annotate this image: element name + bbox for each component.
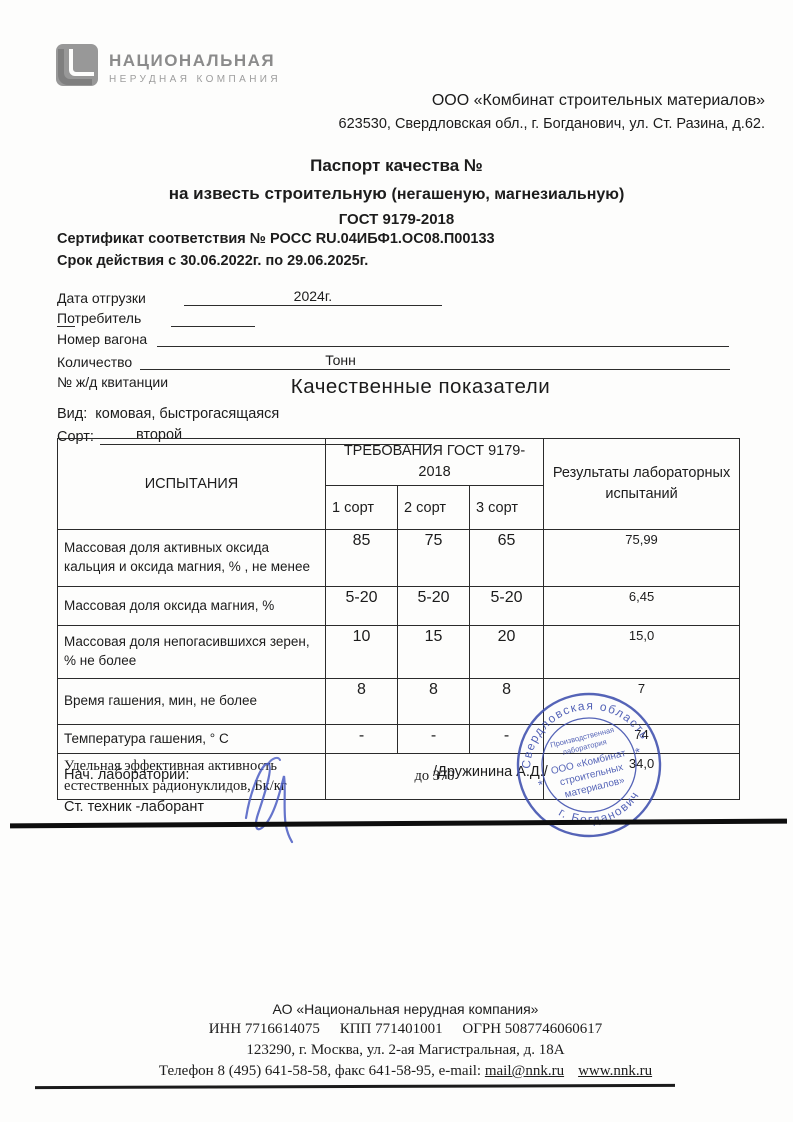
- grade2-value: 75: [398, 530, 470, 587]
- wagon-blank-line: [157, 346, 729, 347]
- lab-result-value: 75,99: [544, 530, 740, 587]
- test-name: Массовая доля активных оксида кальция и …: [58, 530, 326, 587]
- issuer-company-name: ООО «Комбинат строительных материалов»: [339, 92, 766, 110]
- grade3-value: 20: [470, 626, 544, 679]
- type-value: комовая, быстрогасящаяся: [95, 406, 279, 422]
- lab-result-value: 15,0: [544, 626, 740, 679]
- scanned-quality-passport-page: НАЦИОНАЛЬНАЯ НЕРУДНАЯ КОМПАНИЯ ООО «Комб…: [0, 0, 793, 1122]
- test-name: Время гашения, мин, не более: [58, 679, 326, 725]
- grade1-value: -: [326, 725, 398, 754]
- certificate-validity: Срок действия с 30.06.2022г. по 29.06.20…: [57, 253, 368, 269]
- footer-kpp: КПП 771401001: [340, 1021, 443, 1037]
- footer-company: АО «Национальная нерудная компания»: [0, 1001, 793, 1017]
- ship-date-label: Дата отгрузки: [57, 290, 146, 306]
- company-logo: НАЦИОНАЛЬНАЯ НЕРУДНАЯ КОМПАНИЯ: [55, 42, 281, 93]
- ship-date-value-line: 2024г.: [184, 288, 442, 306]
- grade3-value: 5-20: [470, 587, 544, 626]
- product-title-bold: на известь строительную: [169, 184, 387, 203]
- grade1-value: 85: [326, 530, 398, 587]
- test-name: Массовая доля непогасившихся зерен, % не…: [58, 626, 326, 679]
- quantity-row: КоличествоТонн: [57, 352, 730, 370]
- product-title-note: (негашеную, магнезиальную): [391, 186, 624, 203]
- grade3-value: 65: [470, 530, 544, 587]
- footer-contacts: Телефон 8 (495) 641-58-58, факс 641-58-9…: [0, 1063, 793, 1080]
- test-name: Температура гашения, ° С: [58, 725, 326, 754]
- footer-inn: ИНН 7716614075: [209, 1021, 320, 1037]
- grade1-value: 10: [326, 626, 398, 679]
- gost-requirements-header: ТРЕБОВАНИЯ ГОСТ 9179-2018: [326, 439, 544, 486]
- document-title-block: Паспорт качества № на известь строительн…: [0, 156, 793, 228]
- head-of-lab-label: Нач. лаборатории:: [64, 767, 189, 783]
- grade2-value: 15: [398, 626, 470, 679]
- footer-site-link: www.nnk.ru: [578, 1063, 652, 1079]
- footer-underline: [35, 1084, 675, 1089]
- table-row: Массовая доля непогасившихся зерен, % не…: [58, 626, 740, 679]
- grade1-header: 1 сорт: [326, 486, 398, 530]
- grade2-value: 8: [398, 679, 470, 725]
- ship-date-row: Дата отгрузки2024г.: [57, 288, 442, 306]
- footer-email-link: mail@nnk.ru: [485, 1063, 564, 1079]
- nnk-logo-icon: [55, 42, 99, 93]
- type-label: Вид:: [57, 406, 87, 422]
- footer-phone: Телефон 8 (495) 641-58-58, факс 641-58-9…: [159, 1063, 481, 1079]
- quantity-label: Количество: [57, 354, 132, 370]
- table-row: Массовая доля активных оксида кальция и …: [58, 530, 740, 587]
- grade2-value: 5-20: [398, 587, 470, 626]
- grade2-value: -: [398, 725, 470, 754]
- footer-address: 123290, г. Москва, ул. 2-ая Магистральна…: [0, 1042, 793, 1059]
- table-row: Массовая доля оксида магния, % 5-20 5-20…: [58, 587, 740, 626]
- consumer-label: Потребитель: [57, 310, 141, 327]
- technician-label: Ст. техник -лаборант: [64, 799, 204, 815]
- certificate-number: Сертификат соответствия № РОСС RU.04ИБФ1…: [57, 231, 495, 247]
- type-row: Вид:комовая, быстрогасящаяся: [57, 406, 279, 422]
- grade2-header: 2 сорт: [398, 486, 470, 530]
- lab-results-column-header: Результаты лабораторных испытаний: [544, 439, 740, 530]
- footer-ogrn: ОГРН 5087746060617: [462, 1021, 602, 1037]
- footer-block: АО «Национальная нерудная компания» ИНН …: [0, 1001, 793, 1080]
- passport-title: Паспорт качества №: [0, 156, 793, 176]
- tests-column-header: ИСПЫТАНИЯ: [58, 439, 326, 530]
- grade1-value: 8: [326, 679, 398, 725]
- logo-text: НАЦИОНАЛЬНАЯ НЕРУДНАЯ КОМПАНИЯ: [109, 51, 281, 85]
- issuer-address: 623530, Свердловская обл., г. Богданович…: [339, 116, 766, 132]
- logo-line-1: НАЦИОНАЛЬНАЯ: [109, 51, 281, 71]
- grade3-header: 3 сорт: [470, 486, 544, 530]
- quantity-value-line: Тонн: [140, 352, 730, 370]
- handwritten-signature: [228, 752, 323, 844]
- consumer-blank-line: [171, 326, 255, 327]
- lab-result-value: 6,45: [544, 587, 740, 626]
- issuer-header: ООО «Комбинат строительных материалов» 6…: [339, 92, 766, 132]
- grade1-value: 5-20: [326, 587, 398, 626]
- wagon-row: Номер вагона: [57, 331, 729, 347]
- gost-reference: ГОСТ 9179-2018: [0, 211, 793, 228]
- wagon-label: Номер вагона: [57, 331, 147, 347]
- footer-registration-ids: ИНН 7716614075 КПП 771401001 ОГРН 508774…: [0, 1021, 793, 1038]
- consumer-row: Потребитель: [57, 310, 255, 327]
- table-header-row-1: ИСПЫТАНИЯ ТРЕБОВАНИЯ ГОСТ 9179-2018 Резу…: [58, 439, 740, 486]
- quality-section-heading: Качественные показатели: [0, 375, 793, 399]
- logo-line-2: НЕРУДНАЯ КОМПАНИЯ: [109, 74, 281, 85]
- test-name: Массовая доля оксида магния, %: [58, 587, 326, 626]
- product-title: на известь строительную (негашеную, магн…: [0, 184, 793, 204]
